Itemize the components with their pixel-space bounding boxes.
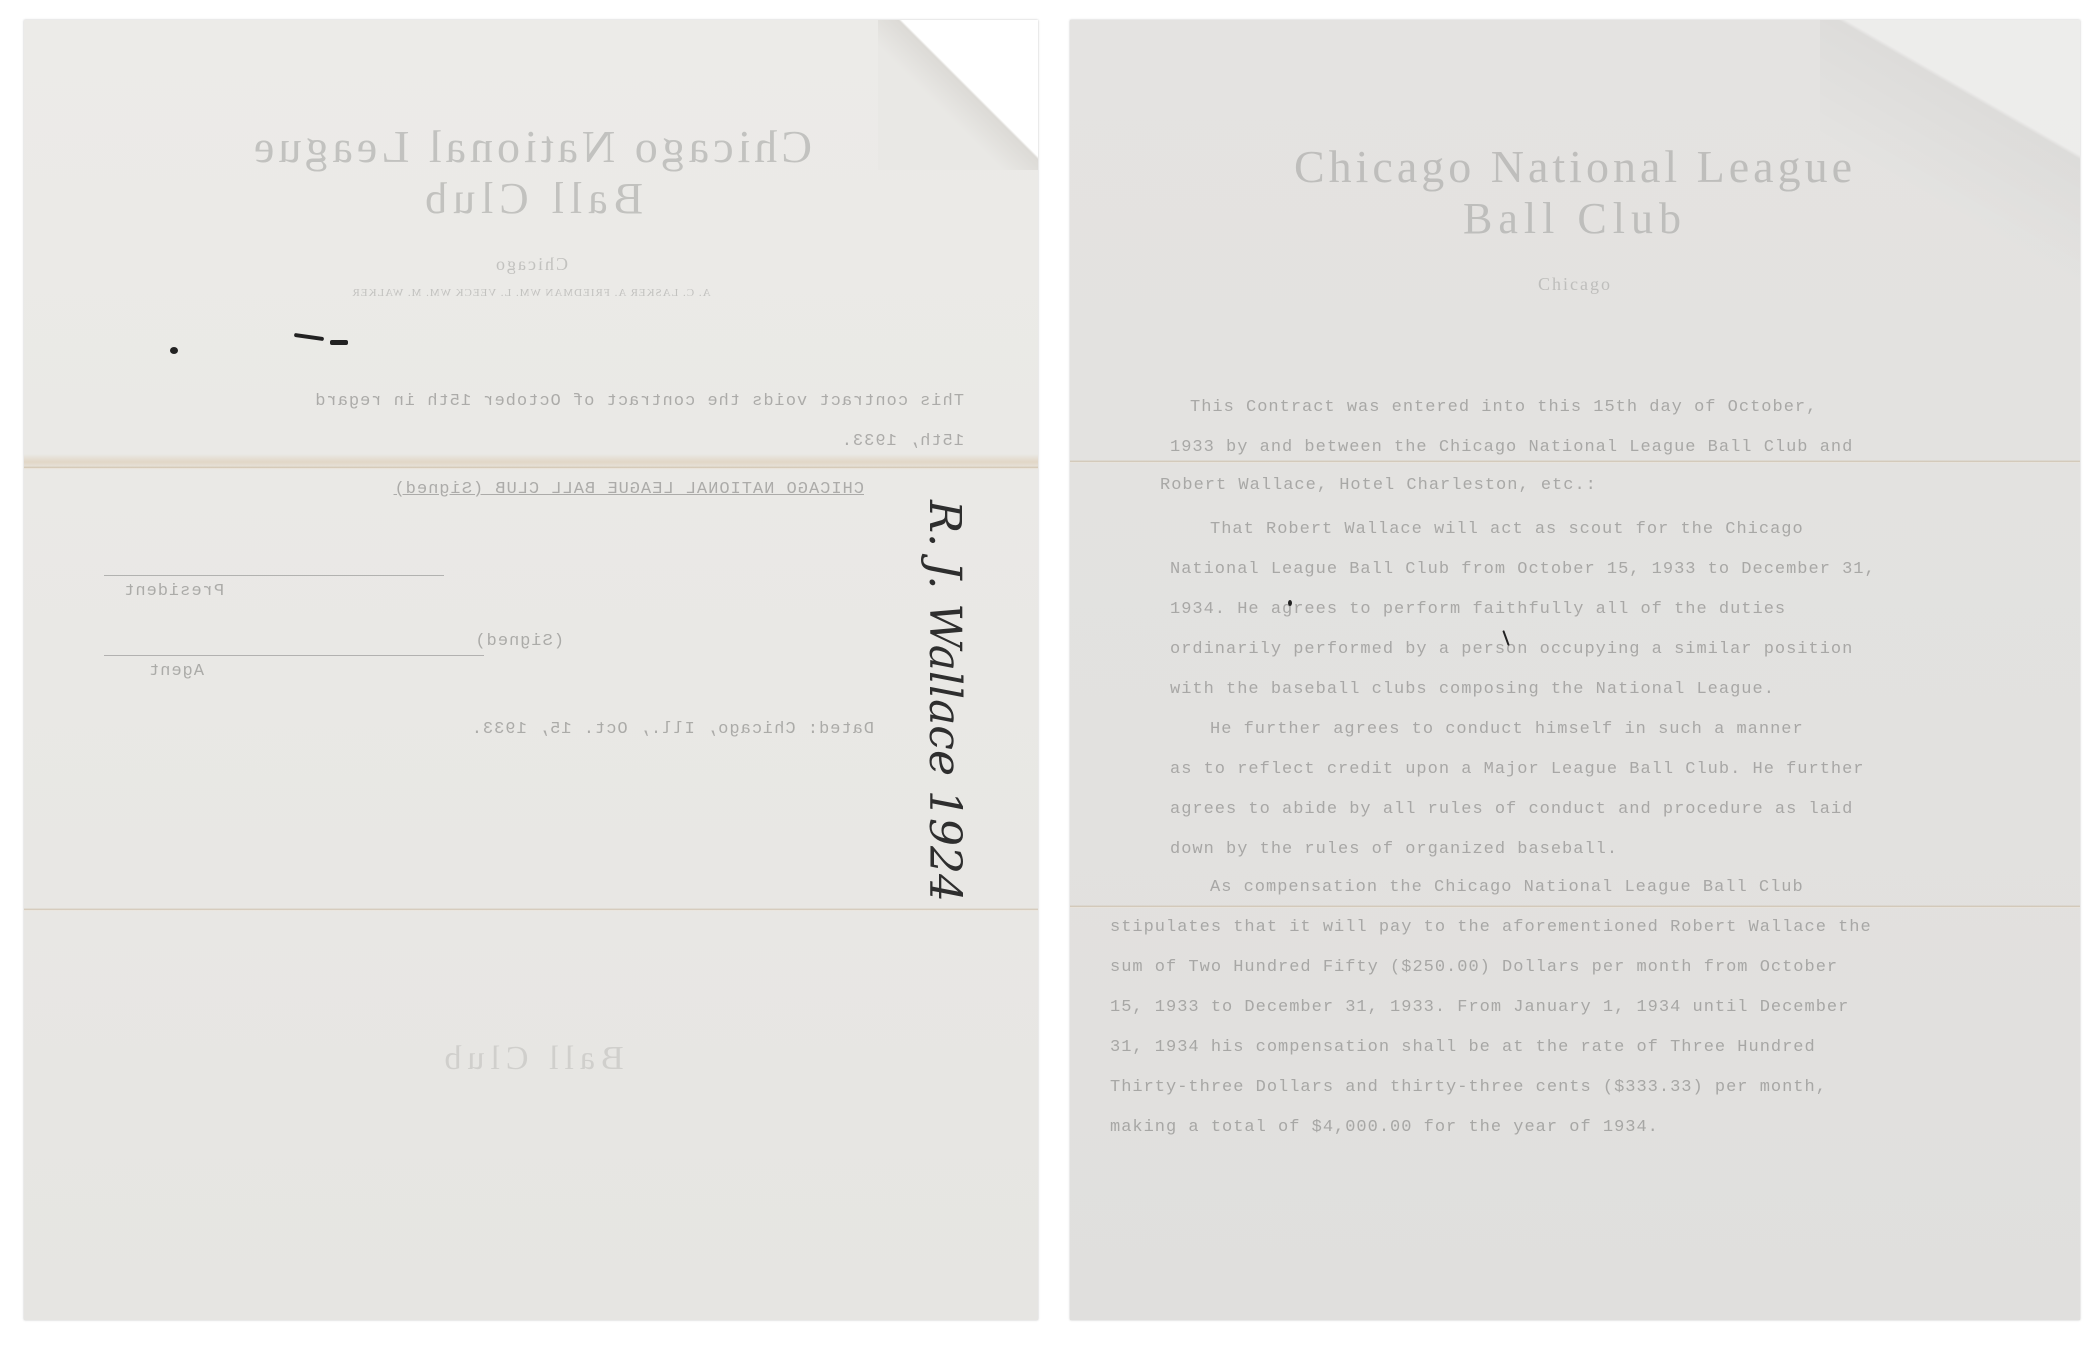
footer-showthrough-text: Ball Club [24, 1040, 1038, 1078]
embossed-letterhead: Chicago National League Ball Club Chicag… [1070, 140, 2080, 295]
letterhead-city: Chicago [1070, 274, 2080, 295]
contract-line-19: making a total of $4,000.00 for the year… [1110, 1118, 1659, 1137]
contract-line-4: That Robert Wallace will act as scout fo… [1210, 520, 1804, 539]
contract-line-13: As compensation the Chicago National Lea… [1210, 878, 1804, 897]
ink-speck [1288, 600, 1292, 606]
ink-speck [294, 333, 324, 341]
signed-label: (Signed) [474, 632, 564, 651]
contract-line-15: sum of Two Hundred Fifty ($250.00) Dolla… [1110, 958, 1838, 977]
contract-line-3: Robert Wallace, Hotel Charleston, etc.: [1160, 476, 1597, 495]
contract-line-10: as to reflect credit upon a Major League… [1170, 760, 1865, 779]
fold-stain [24, 454, 1038, 470]
contract-line-18: Thirty-three Dollars and thirty-three ce… [1110, 1078, 1827, 1097]
handwritten-signature: R. J. Wallace 1924 [910, 500, 970, 900]
typed-line-1: This contract voids the contract of Octo… [164, 392, 964, 411]
contract-line-8: with the baseball clubs composing the Na… [1170, 680, 1775, 699]
contract-line-16: 15, 1933 to December 31, 1933. From Janu… [1110, 998, 1849, 1017]
letterhead-officers: A. C. LASKER A. FRIEDMAN WM. L. VEECK WM… [24, 287, 1038, 299]
contract-line-11: agrees to abide by all rules of conduct … [1170, 800, 1853, 819]
letterhead-city: Chicago [24, 254, 1038, 275]
contract-line-6: 1934. He agrees to perform faithfully al… [1170, 600, 1786, 619]
contract-line-9: He further agrees to conduct himself in … [1210, 720, 1804, 739]
club-signature-line: CHICAGO NATIONAL LEAGUE BALL CLUB (Signe… [84, 480, 864, 499]
footer-showthrough: Ball Club [24, 1040, 1038, 1078]
ink-speck [330, 340, 348, 345]
letterhead-showthrough: Chicago National League Ball Club Chicag… [24, 120, 1038, 299]
contract-line-1: This Contract was entered into this 15th… [1190, 398, 1817, 417]
contract-line-14: stipulates that it will pay to the afore… [1110, 918, 1872, 937]
contract-line-17: 31, 1934 his compensation shall be at th… [1110, 1038, 1816, 1057]
right-letter-page: Chicago National League Ball Club Chicag… [1070, 20, 2080, 1320]
agent-signature-line [104, 655, 484, 656]
typed-line-2: 15th, 1933. [704, 432, 964, 451]
contract-line-7: ordinarily performed by a person occupyi… [1170, 640, 1853, 659]
contract-line-2: 1933 by and between the Chicago National… [1170, 438, 1853, 457]
agent-label: Agent [124, 662, 204, 681]
letterhead-line1: Chicago National League [1070, 140, 2080, 193]
president-label: President [104, 582, 224, 601]
paper-fold [1070, 460, 2080, 463]
letterhead-line1: Chicago National League [24, 120, 1038, 173]
contract-line-5: National League Ball Club from October 1… [1170, 560, 1876, 579]
president-signature-line [104, 575, 444, 576]
left-letter-page: Chicago National League Ball Club Chicag… [24, 20, 1038, 1320]
paper-fold [1070, 905, 2080, 908]
ink-speck [170, 347, 178, 354]
letterhead-line2: Ball Club [1070, 193, 2080, 244]
paper-fold [24, 908, 1038, 911]
letterhead-line2: Ball Club [24, 173, 1038, 224]
contract-line-12: down by the rules of organized baseball. [1170, 840, 1618, 859]
dated-line: Dated: Chicago, Ill., Oct. 15, 1933. [444, 720, 874, 739]
